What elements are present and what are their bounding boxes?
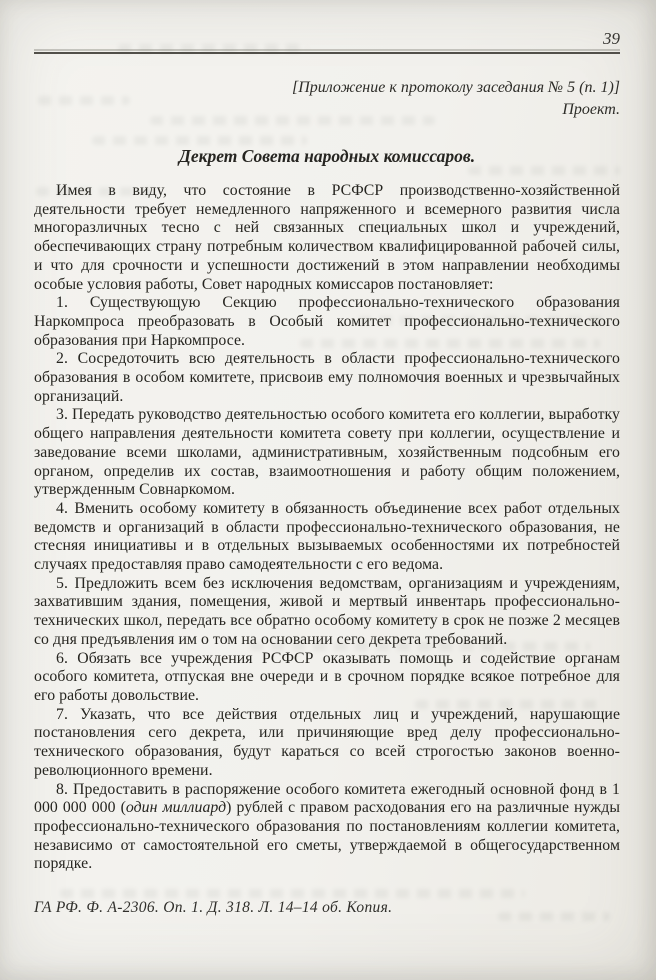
decree-item-7: 7. Указать, что все действия отдельных л… <box>34 706 620 781</box>
intro-paragraph: Имея в виду, что состояние в РСФСР произ… <box>34 182 620 294</box>
running-head: 39 <box>34 30 620 48</box>
header-rule <box>34 51 620 54</box>
decree-item-3: 3. Передать руководство деятельностью ос… <box>34 406 620 500</box>
decree-item-6: 6. Обязать все учреждения РСФСР оказыват… <box>34 650 620 706</box>
decree-item-5: 5. Предложить всем без исключения ведомс… <box>34 575 620 650</box>
decree-item-4: 4. Вменить особому комитету в обязанност… <box>34 500 620 575</box>
decree-item-8-emphasis: один миллиард <box>126 799 226 816</box>
page-number: 39 <box>603 29 620 48</box>
draft-label: Проект. <box>34 101 620 119</box>
scanned-document-page: 39 [Приложение к протоколу заседания № 5… <box>0 0 656 980</box>
text-block: 39 [Приложение к протоколу заседания № 5… <box>0 30 656 917</box>
decree-item-1: 1. Существующую Секцию профессионально-т… <box>34 294 620 350</box>
archive-reference: ГА РФ. Ф. А-2306. Оп. 1. Д. 318. Л. 14–1… <box>34 899 620 917</box>
protocol-annotation: [Приложение к протоколу заседания № 5 (п… <box>34 78 620 98</box>
decree-item-2: 2. Сосредоточить всю деятельность в обла… <box>34 350 620 406</box>
decree-item-8: 8. Предоставить в распоряжение особого к… <box>34 781 620 875</box>
document-title: Декрет Совета народных комиссаров. <box>34 146 620 167</box>
